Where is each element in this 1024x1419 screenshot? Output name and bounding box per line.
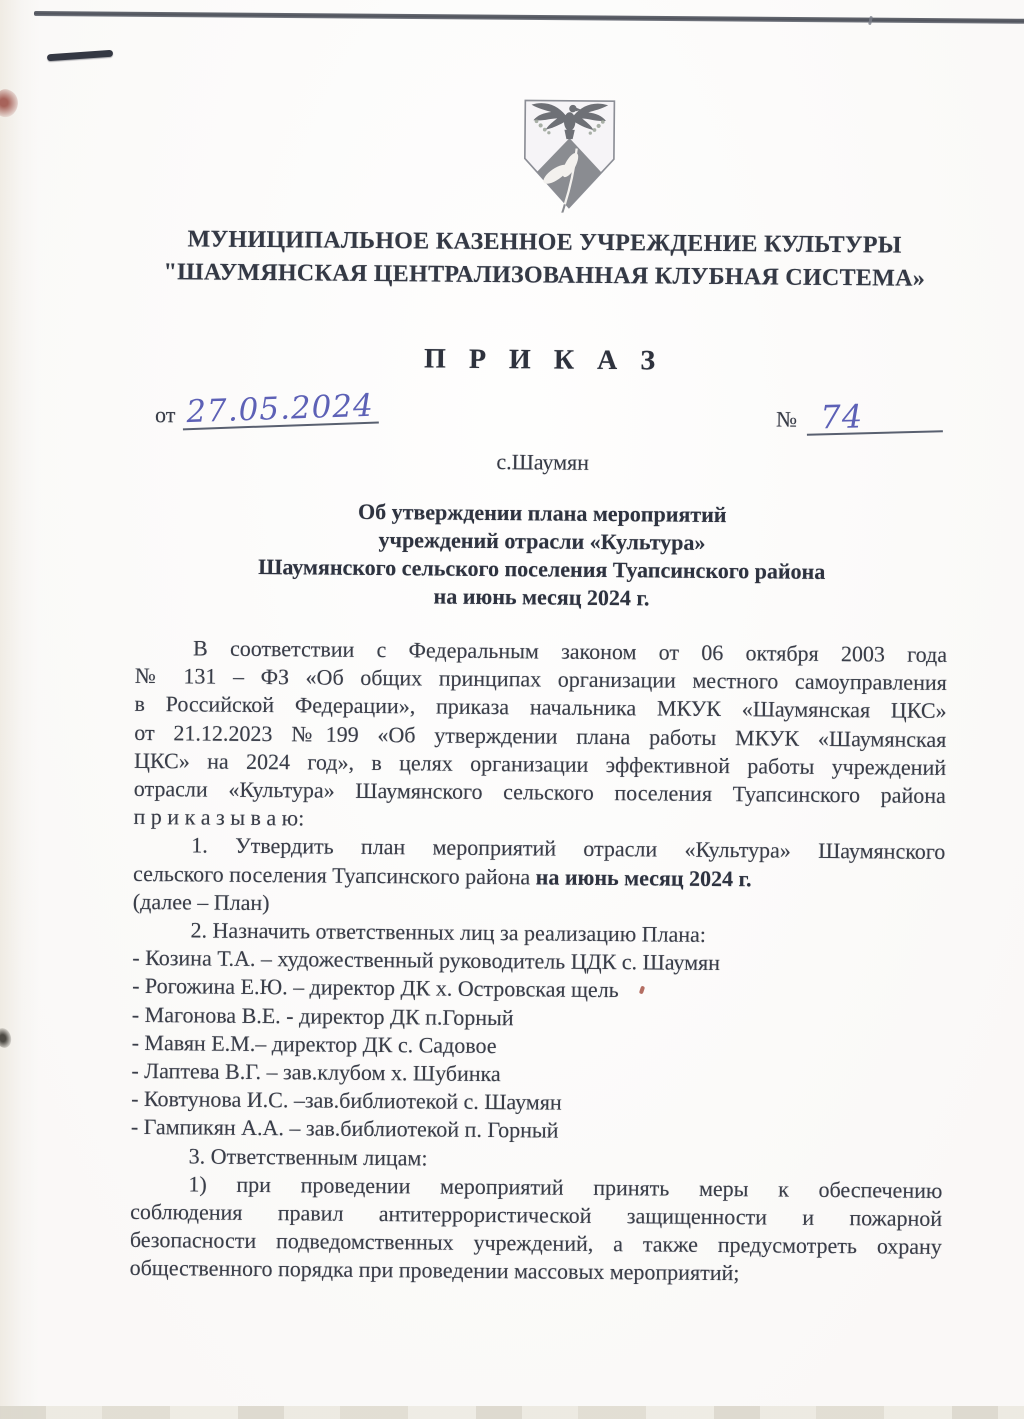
body-line-text: - Лаптева В.Г. – зав.клубом х. Шубинка xyxy=(131,1058,501,1086)
body-line-text: № 131 – ФЗ «Об общих принципах организац… xyxy=(135,663,947,695)
body-line-text: общественного порядка при проведении мас… xyxy=(130,1255,740,1285)
org-name-line2: "ШАУМЯНСКАЯ ЦЕНТРАЛИЗОВАННАЯ КЛУБНАЯ СИС… xyxy=(138,256,950,296)
body-line-bold-text: на июнь месяц 2024 г. xyxy=(536,864,752,891)
body-line-text: В соответствии с Федеральным законом от … xyxy=(193,635,947,667)
handwritten-number: 74 xyxy=(806,399,943,436)
place-line: с.Шаумян xyxy=(137,446,949,479)
body-text: В соответствии с Федеральным законом от … xyxy=(130,634,948,1290)
body-line-text: сельского поселения Туапсинского района xyxy=(133,861,536,890)
body-line-text: 2. Назначить ответственных лиц за реализ… xyxy=(191,917,707,946)
body-line-text: - Козина Т.А. – художественный руководит… xyxy=(132,945,720,975)
order-title: Об утверждении плана мероприятий учрежде… xyxy=(135,496,948,615)
body-line-text: - Магонова В.Е. - директор ДК п.Горный xyxy=(132,1002,514,1030)
body-line-text: - Гампикян А.А. – зав.библиотекой п. Гор… xyxy=(131,1114,559,1143)
organization-header: МУНИЦИПАЛЬНОЕ КАЗЕННОЕ УЧРЕЖДЕНИЕ КУЛЬТУ… xyxy=(138,223,951,296)
document-type-heading: П Р И К А З xyxy=(137,341,949,380)
coat-of-arms-emblem xyxy=(517,96,622,213)
date-label: от xyxy=(155,402,176,430)
body-line-text: - Мавян Е.М.– директор ДК с. Садовое xyxy=(132,1030,497,1058)
body-line-text: 3. Ответственным лицам: xyxy=(189,1143,428,1170)
body-line-text: - Рогожина Е.Ю. – директор ДК х. Островс… xyxy=(132,973,619,1002)
body-line-text: (далее – План) xyxy=(133,889,270,915)
handwritten-date: 27.05.2024 xyxy=(182,391,379,431)
date-number-row: от 27.05.2024 № 74 xyxy=(137,397,949,437)
number-group: № 74 xyxy=(776,402,943,436)
body-line-text: п р и к а з ы в а ю: xyxy=(133,804,304,830)
body-line-text: 1. Утвердить план мероприятий отрасли «К… xyxy=(191,833,945,865)
document-content: МУНИЦИПАЛЬНОЕ КАЗЕННОЕ УЧРЕЖДЕНИЕ КУЛЬТУ… xyxy=(130,93,952,1290)
document-scan: МУНИЦИПАЛЬНОЕ КАЗЕННОЕ УЧРЕЖДЕНИЕ КУЛЬТУ… xyxy=(0,0,1024,1419)
body-line-text: ЦКС» на 2024 год», в целях организации э… xyxy=(134,748,946,780)
date-group: от 27.05.2024 xyxy=(137,397,379,432)
order-title-line4: на июнь месяц 2024 г. xyxy=(135,580,947,615)
body-line-text: 1) при проведении мероприятий принять ме… xyxy=(188,1171,942,1203)
body-line-text: в Российской Федерации», приказа начальн… xyxy=(134,691,946,723)
body-line-text: - Ковтунова И.С. –зав.библиотекой с. Шау… xyxy=(131,1086,562,1115)
body-line-text: от 21.12.2023 №199 «Об утверждении плана… xyxy=(134,720,946,752)
number-label: № xyxy=(776,406,797,435)
